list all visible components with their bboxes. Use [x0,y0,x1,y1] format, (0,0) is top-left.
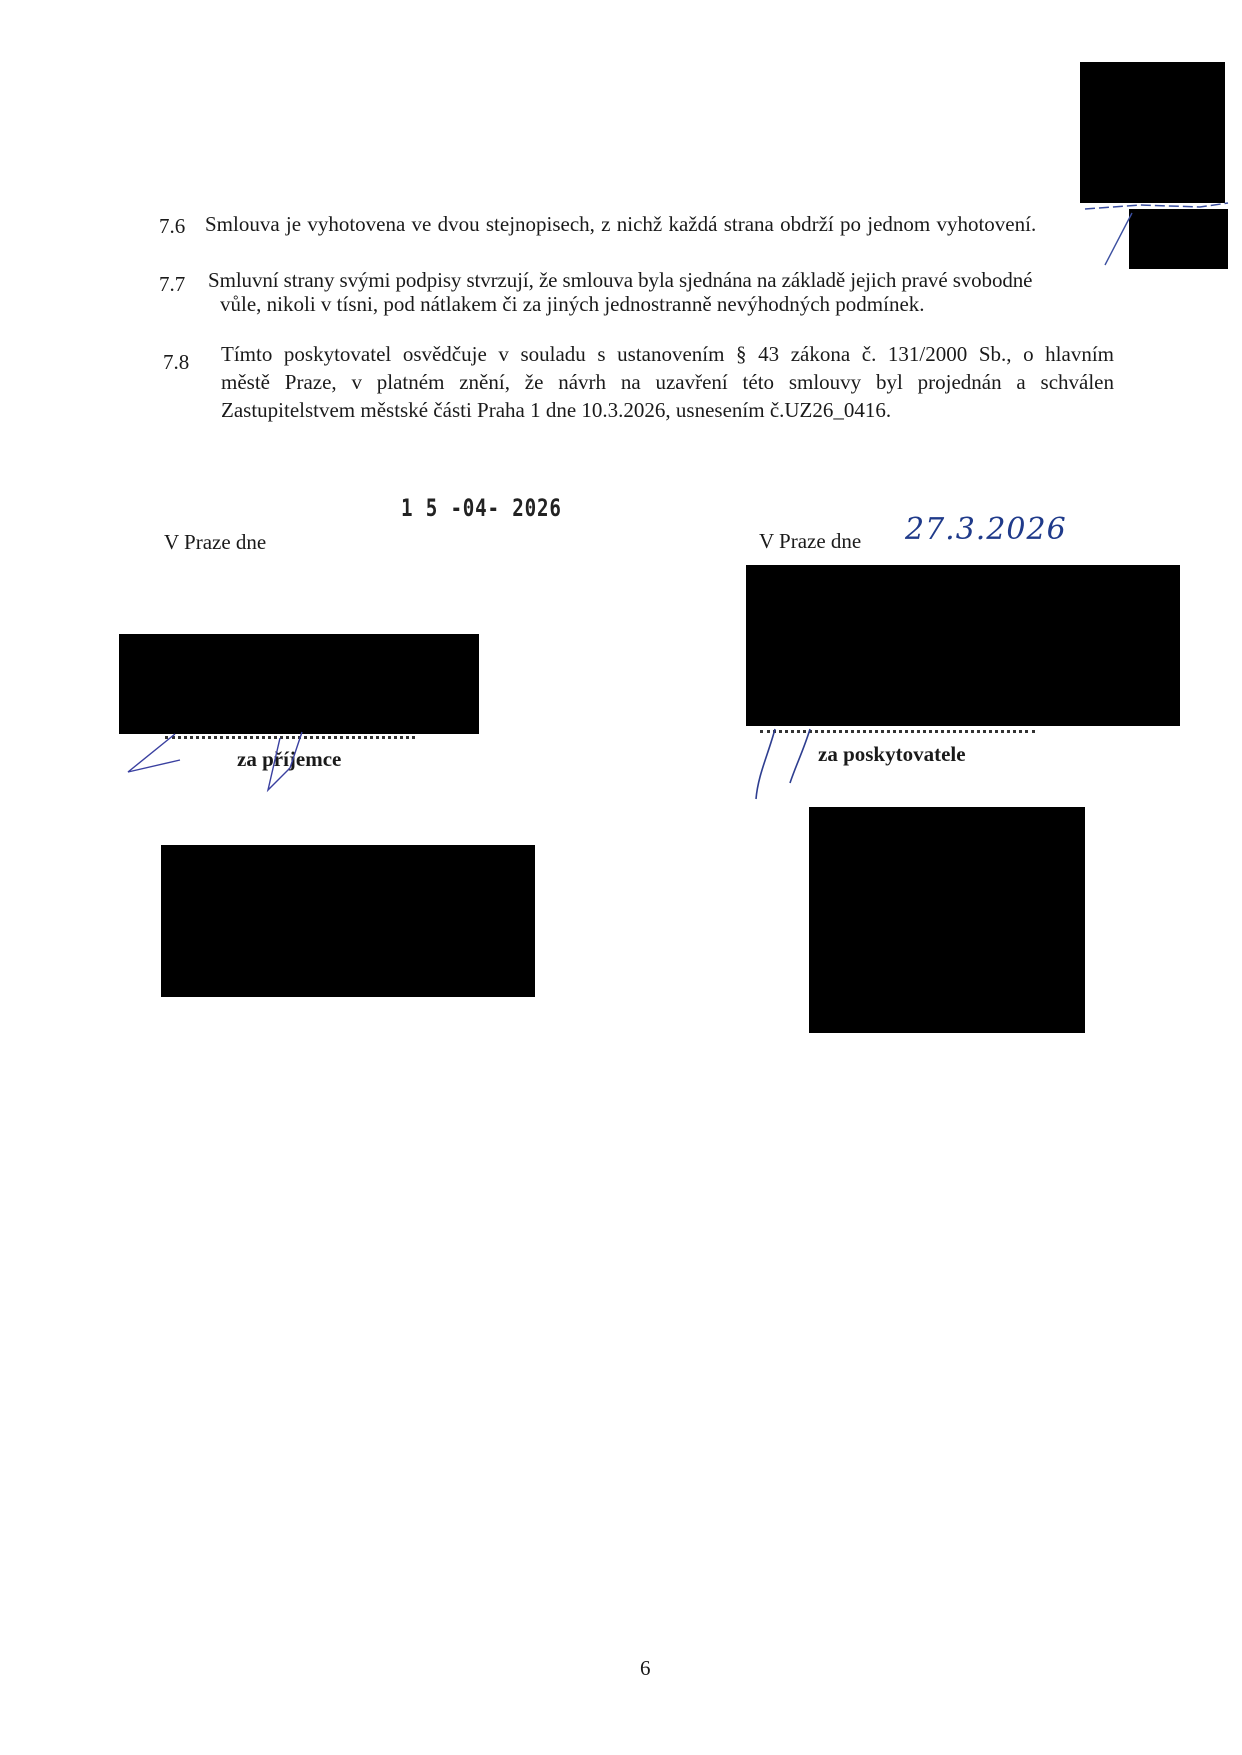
signature-stroke [1080,195,1230,275]
redacted-signature [119,634,479,734]
paragraph-number: 7.8 [163,350,189,375]
paragraph-number: 7.7 [159,272,185,297]
redaction-block [1080,62,1225,203]
paragraph-number: 7.6 [159,214,185,239]
paragraph-text: Tímto poskytovatel osvědčuje v souladu s… [221,340,1114,425]
place-date-label: V Praze dne [759,529,861,554]
signature-stroke [120,720,320,800]
place-date-label: V Praze dne [164,530,266,555]
date-stamp: 1 5 -04- 2026 [401,494,562,522]
paragraph-text: vůle, nikoli v tísni, pod nátlakem či za… [220,290,925,319]
redacted-signature [746,565,1180,726]
signature-stroke [750,715,870,805]
handwritten-date: 27.3.2026 [905,512,1067,547]
page-number: 6 [640,1656,651,1681]
paragraph-text: Smlouva je vyhotovena ve dvou stejnopise… [205,210,1036,239]
redacted-name [161,845,535,997]
redacted-name [809,807,1085,1033]
